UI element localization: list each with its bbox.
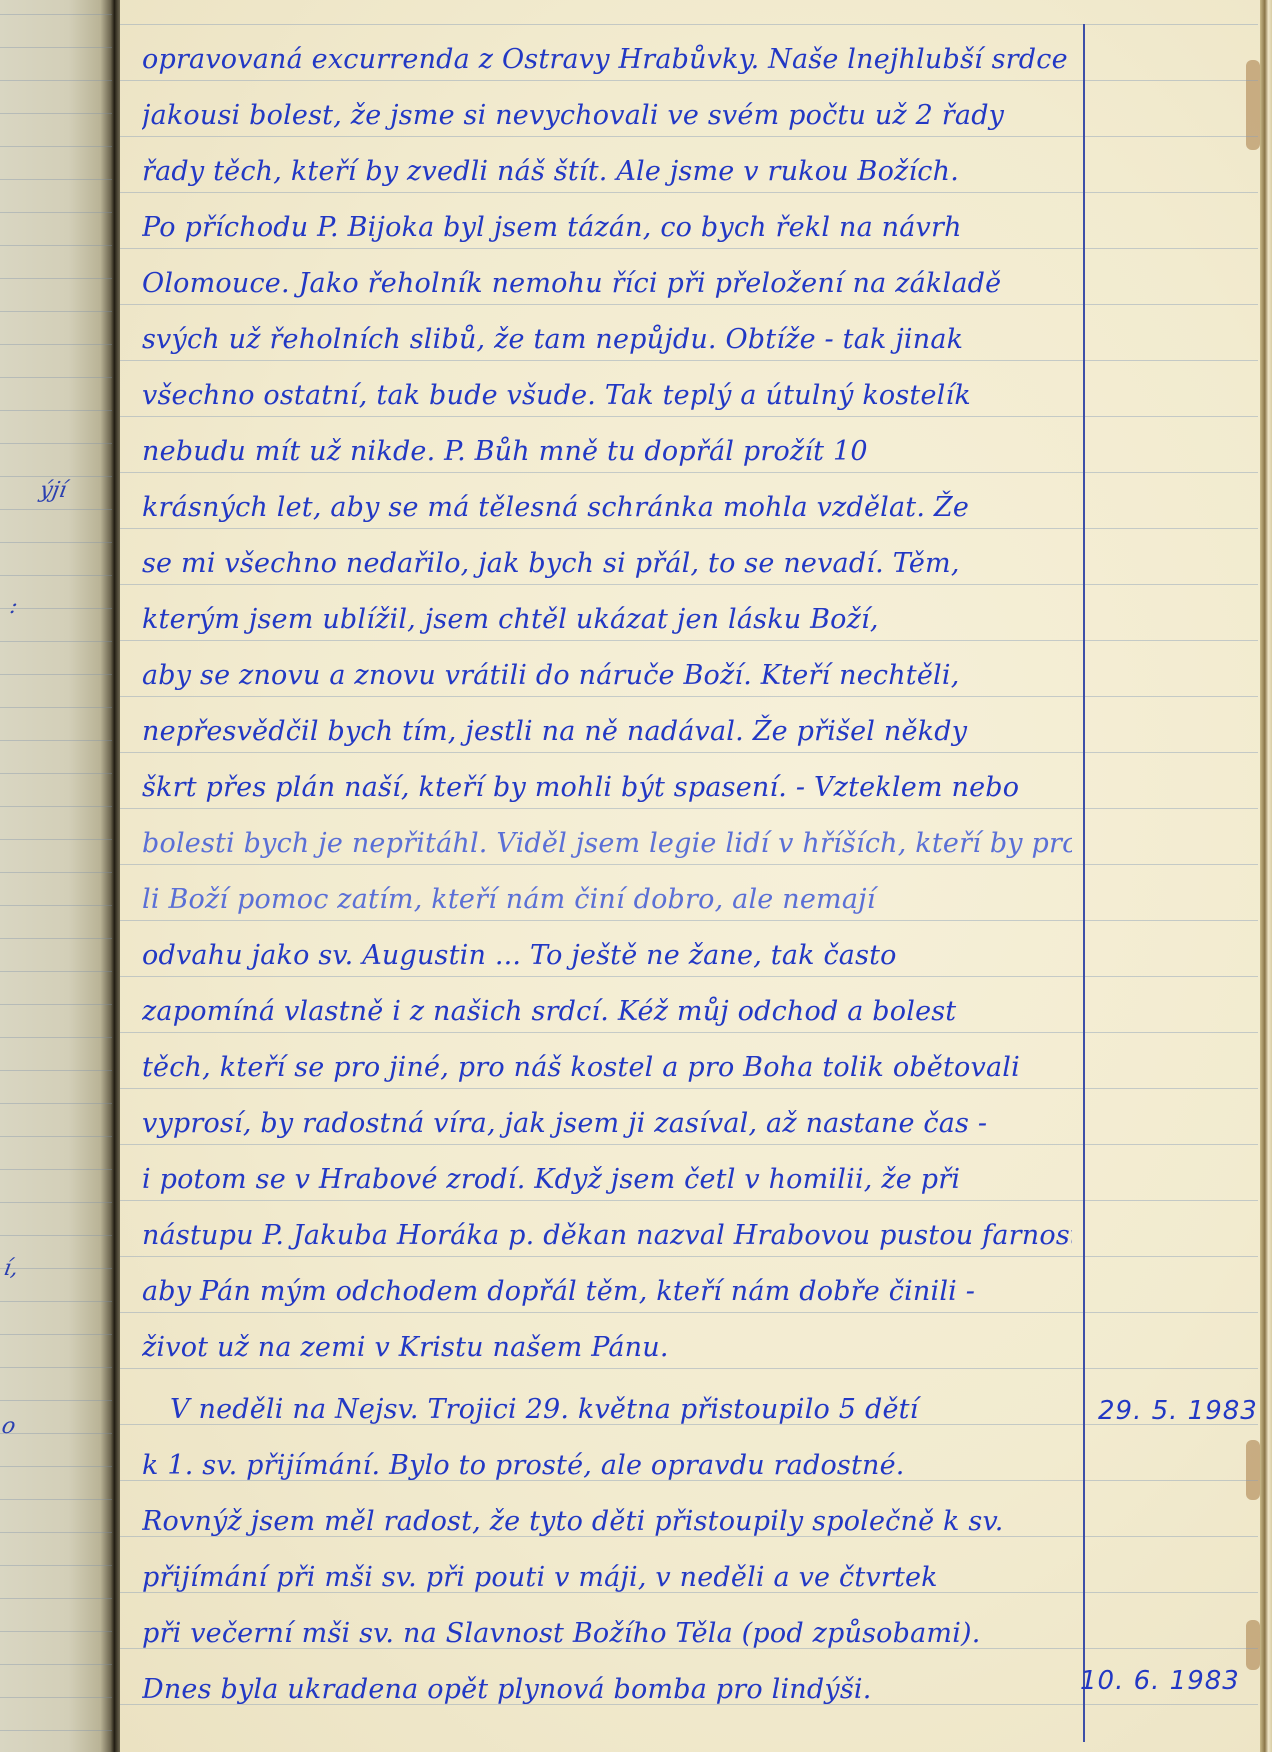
- left-page: [0, 0, 114, 1752]
- ruled-line: [0, 740, 112, 741]
- text-line: život už na zemi v Kristu našem Pánu.: [142, 1328, 1072, 1384]
- ruled-line: [0, 410, 112, 411]
- text-line: i potom se v Hrabové zrodí. Když jsem če…: [142, 1160, 1072, 1216]
- text-line: krásných let, aby se má tělesná schránka…: [142, 488, 1072, 544]
- text-line: Po příchodu P. Bijoka byl jsem tázán, co…: [142, 208, 1072, 264]
- text-line: Olomouce. Jako řeholník nemohu říci při …: [142, 264, 1072, 320]
- margin-date: 29. 5. 1983: [1098, 1396, 1258, 1426]
- ruled-line: [0, 443, 112, 444]
- text-line: přijímání při mši sv. při pouti v máji, …: [142, 1558, 1072, 1614]
- text-line: Rovnýž jsem měl radost, že tyto děti při…: [142, 1502, 1072, 1558]
- paper-stain: [1246, 1620, 1260, 1670]
- text-line: jakousi bolest, že jsme si nevychovali v…: [142, 96, 1072, 152]
- ruled-line: [0, 674, 112, 675]
- text-line: li Boží pomoc zatím, kteří nám činí dobr…: [142, 880, 1072, 936]
- text-line: škrt přes plán naší, kteří by mohli být …: [142, 768, 1072, 824]
- ruled-line: [0, 146, 112, 147]
- text-line: při večerní mši sv. na Slavnost Božího T…: [142, 1614, 1072, 1670]
- ruled-line: [0, 1103, 112, 1104]
- ruled-line: [0, 1202, 112, 1203]
- ruled-line: [0, 1532, 112, 1533]
- ruled-line: [0, 1334, 112, 1335]
- ruled-line: [0, 1433, 112, 1434]
- ruled-line: [0, 113, 112, 114]
- text-line: bolesti bych je nepřitáhl. Viděl jsem le…: [142, 824, 1072, 880]
- text-line: Dnes byla ukradena opět plynová bomba pr…: [142, 1670, 1072, 1726]
- ruled-line: [0, 1598, 112, 1599]
- ruled-line: [0, 1499, 112, 1500]
- ruled-line: [0, 476, 112, 477]
- ruled-line: [0, 377, 112, 378]
- text-line: všechno ostatní, tak bude všude. Tak tep…: [142, 376, 1072, 432]
- ruled-line: [0, 344, 112, 345]
- ruled-line: [0, 641, 112, 642]
- text-line: zapomíná vlastně i z našich srdcí. Kéž m…: [142, 992, 1072, 1048]
- ruled-line: [0, 971, 112, 972]
- ruled-line: [0, 278, 112, 279]
- ruled-line: [0, 1730, 112, 1731]
- ruled-line: [0, 1037, 112, 1038]
- text-line: kterým jsem ublížil, jsem chtěl ukázat j…: [142, 600, 1072, 656]
- text-line: nástupu P. Jakuba Horáka p. děkan nazval…: [142, 1216, 1072, 1272]
- ruled-line: [0, 905, 112, 906]
- ruled-line: [0, 773, 112, 774]
- ruled-line: [0, 707, 112, 708]
- ruled-line: [0, 80, 112, 81]
- ruled-line: [0, 806, 112, 807]
- page-edge: [1260, 0, 1272, 1752]
- ruled-line: [0, 938, 112, 939]
- text-line: vyprosí, by radostná víra, jak jsem ji z…: [142, 1104, 1072, 1160]
- text-line: nepřesvědčil bych tím, jestli na ně nadá…: [142, 712, 1072, 768]
- margin-line: [1083, 24, 1085, 1742]
- text-line: nebudu mít už nikde. P. Bůh mně tu dopřá…: [142, 432, 1072, 488]
- text-line: V neděli na Nejsv. Trojici 29. května př…: [170, 1390, 1100, 1446]
- ruled-line: [0, 1136, 112, 1137]
- ruled-line: [0, 179, 112, 180]
- ruled-line: [0, 1367, 112, 1368]
- text-line: se mi všechno nedařilo, jak bych si přál…: [142, 544, 1072, 600]
- ruled-line: [0, 245, 112, 246]
- ruled-line: [0, 575, 112, 576]
- ruled-line: [0, 1466, 112, 1467]
- ruled-line: [0, 1004, 112, 1005]
- ruled-line: [0, 311, 112, 312]
- text-line: svých už řeholních slibů, že tam nepůjdu…: [142, 320, 1072, 376]
- ruled-line: [0, 1169, 112, 1170]
- margin-date: 10. 6. 1983: [1080, 1666, 1240, 1696]
- text-line: řady těch, kteří by zvedli náš štít. Ale…: [142, 152, 1072, 208]
- left-fragment: ýjí: [38, 478, 69, 503]
- ruled-line: [0, 1697, 112, 1698]
- text-line: aby se znovu a znovu vrátili do náruče B…: [142, 656, 1072, 712]
- text-line: aby Pán mým odchodem dopřál těm, kteří n…: [142, 1272, 1072, 1328]
- ruled-line: [0, 14, 112, 15]
- text-line: těch, kteří se pro jiné, pro náš kostel …: [142, 1048, 1072, 1104]
- text-line: k 1. sv. přijímání. Bylo to prosté, ale …: [142, 1446, 1072, 1502]
- ruled-line: [0, 1400, 112, 1401]
- ruled-line: [0, 872, 112, 873]
- ruled-line: [0, 47, 112, 48]
- text-line: odvahu jako sv. Augustin ... To ještě ne…: [142, 936, 1072, 992]
- ruled-line: [0, 1235, 112, 1236]
- ruled-line: [0, 1070, 112, 1071]
- ruled-line: [0, 542, 112, 543]
- ruled-line: [0, 509, 112, 510]
- ruled-line: [0, 1631, 112, 1632]
- ruled-line: [120, 24, 1258, 25]
- paper-stain: [1246, 1440, 1260, 1500]
- ruled-line: [0, 212, 112, 213]
- ruled-line: [0, 1301, 112, 1302]
- ruled-line: [0, 839, 112, 840]
- text-line: opravovaná excurrenda z Ostravy Hrabůvky…: [142, 40, 1072, 96]
- ruled-line: [0, 1565, 112, 1566]
- ruled-line: [0, 1664, 112, 1665]
